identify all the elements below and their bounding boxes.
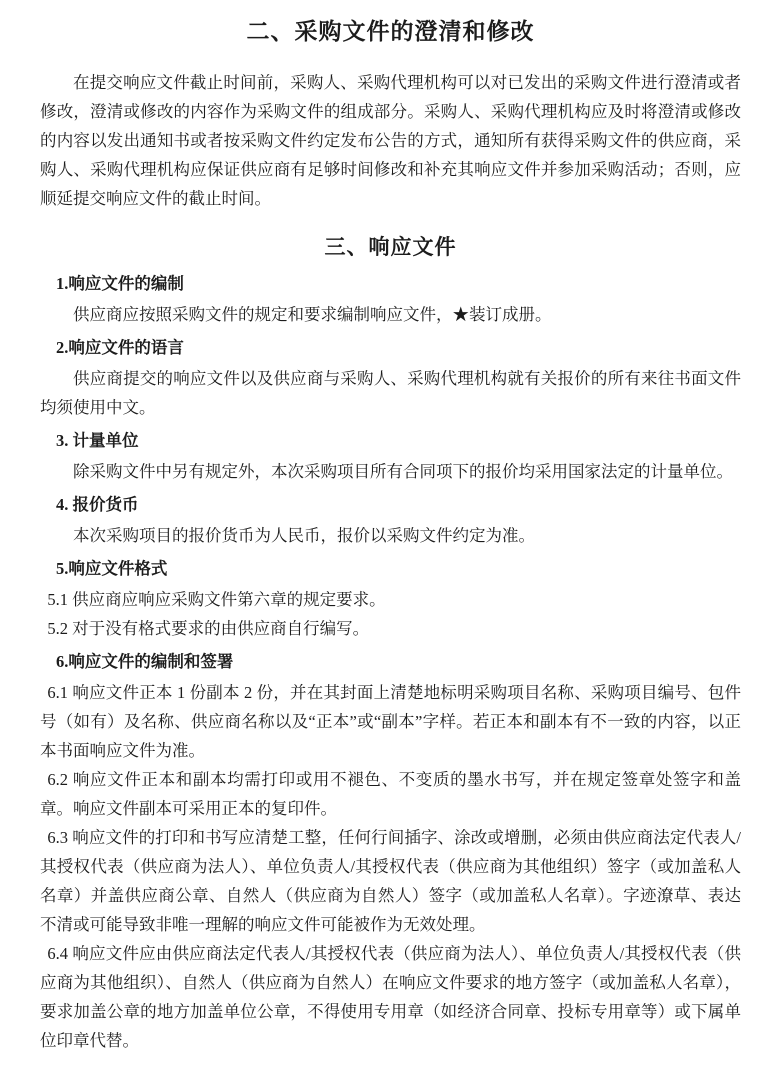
- item-4-paragraph: 本次采购项目的报价货币为人民币，报价以采购文件约定为准。: [40, 521, 741, 550]
- item-5-heading: 5.响应文件格式: [56, 556, 741, 582]
- clause3-item-6: 6.响应文件的编制和签署 6.1 响应文件正本 1 份副本 2 份，并在其封面上…: [40, 649, 741, 1055]
- clause2-title: 二、采购文件的澄清和修改: [40, 16, 741, 48]
- clause3-item-1: 1.响应文件的编制 供应商应按照采购文件的规定和要求编制响应文件，★装订成册。: [40, 271, 741, 329]
- document-page: 二、采购文件的澄清和修改 在提交响应文件截止时间前，采购人、采购代理机构可以对已…: [0, 0, 781, 1065]
- clause3-item-3: 3. 计量单位 除采购文件中另有规定外，本次采购项目所有合同项下的报价均采用国家…: [40, 428, 741, 486]
- item-2-heading: 2.响应文件的语言: [56, 335, 741, 361]
- item-1-heading: 1.响应文件的编制: [56, 271, 741, 297]
- clause3-item-5: 5.响应文件格式 5.1 供应商应响应采购文件第六章的规定要求。 5.2 对于没…: [40, 556, 741, 643]
- clause3-item-2: 2.响应文件的语言 供应商提交的响应文件以及供应商与采购人、采购代理机构就有关报…: [40, 335, 741, 422]
- clause3-item-4: 4. 报价货币 本次采购项目的报价货币为人民币，报价以采购文件约定为准。: [40, 492, 741, 550]
- item-6-paragraph-6-1: 6.1 响应文件正本 1 份副本 2 份，并在其封面上清楚地标明采购项目名称、采…: [40, 678, 741, 765]
- clause3-title: 三、响应文件: [40, 231, 741, 263]
- item-2-paragraph: 供应商提交的响应文件以及供应商与采购人、采购代理机构就有关报价的所有来往书面文件…: [40, 364, 741, 422]
- item-1-paragraph: 供应商应按照采购文件的规定和要求编制响应文件，★装订成册。: [40, 300, 741, 329]
- item-6-paragraph-6-2: 6.2 响应文件正本和副本均需打印或用不褪色、不变质的墨水书写，并在规定签章处签…: [40, 765, 741, 823]
- item-4-heading: 4. 报价货币: [56, 492, 741, 518]
- clause2-paragraph: 在提交响应文件截止时间前，采购人、采购代理机构可以对已发出的采购文件进行澄清或者…: [40, 68, 741, 213]
- clause3-items: 1.响应文件的编制 供应商应按照采购文件的规定和要求编制响应文件，★装订成册。 …: [40, 271, 741, 1055]
- item-3-heading: 3. 计量单位: [56, 428, 741, 454]
- item-6-paragraph-6-3: 6.3 响应文件的打印和书写应清楚工整，任何行间插字、涂改或增删，必须由供应商法…: [40, 823, 741, 939]
- item-6-paragraph-6-4: 6.4 响应文件应由供应商法定代表人/其授权代表（供应商为法人）、单位负责人/其…: [40, 939, 741, 1055]
- item-5-paragraph-5-1: 5.1 供应商应响应采购文件第六章的规定要求。: [40, 585, 741, 614]
- item-6-heading: 6.响应文件的编制和签署: [56, 649, 741, 675]
- item-5-paragraph-5-2: 5.2 对于没有格式要求的由供应商自行编写。: [40, 614, 741, 643]
- item-3-paragraph: 除采购文件中另有规定外，本次采购项目所有合同项下的报价均采用国家法定的计量单位。: [40, 457, 741, 486]
